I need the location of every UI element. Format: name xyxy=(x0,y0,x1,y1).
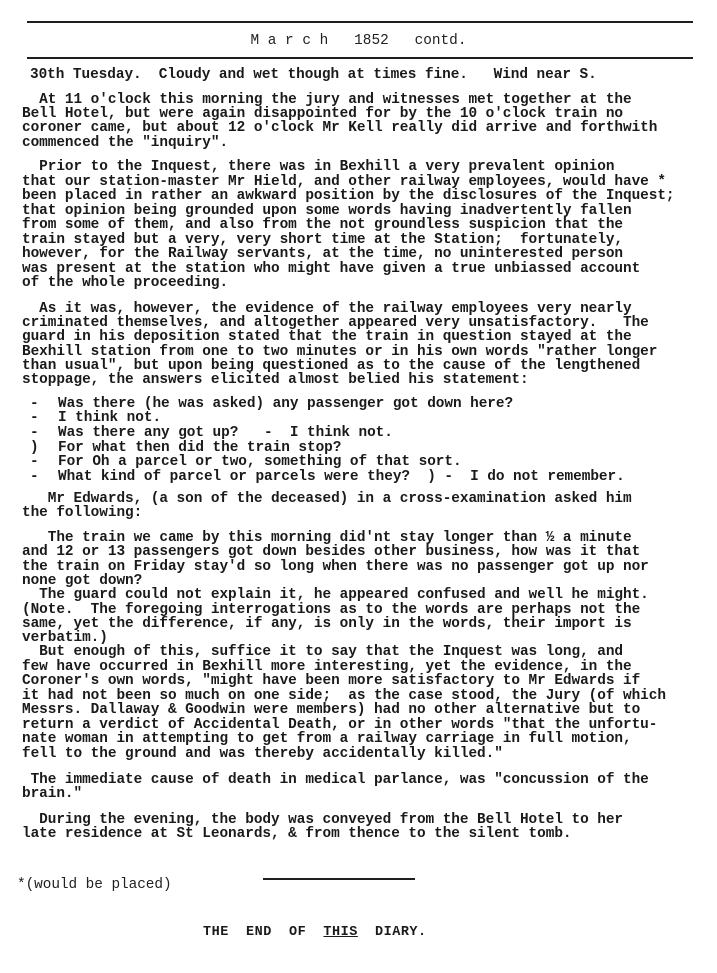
text-line: brain." xyxy=(22,787,82,802)
text-line: commenced the "inquiry". xyxy=(22,136,228,151)
text-line: and 12 or 13 passengers got down besides… xyxy=(22,545,640,560)
list-marker: - xyxy=(30,470,39,485)
text-line: Messrs. Dallaway & Goodwin were members)… xyxy=(22,703,640,718)
list-text: I think not. xyxy=(58,411,161,426)
list-text: For Oh a parcel or two, something of tha… xyxy=(58,455,462,470)
text-line: Prior to the Inquest, there was in Bexhi… xyxy=(22,160,614,175)
text-line: The immediate cause of death in medical … xyxy=(22,773,649,788)
text-line: been placed in rather an awkward positio… xyxy=(22,189,675,204)
list-text: What kind of parcel or parcels were they… xyxy=(58,470,625,485)
footnote: *(would be placed) xyxy=(17,877,172,893)
closing-part-1: THE END OF xyxy=(203,925,323,940)
list-text: Was there any got up? - I think not. xyxy=(58,426,393,441)
section-divider-rule xyxy=(263,878,415,880)
text-line: coroner came, but about 12 o'clock Mr Ke… xyxy=(22,121,657,136)
header-bottom-rule xyxy=(27,57,693,59)
text-line: Coroner's own words, "might have been mo… xyxy=(22,674,640,689)
heading-month: M a r c h xyxy=(251,33,329,49)
header-top-rule xyxy=(27,21,693,23)
text-line: stoppage, the answers elicited almost be… xyxy=(22,373,529,388)
entry-date-line: 30th Tuesday. Cloudy and wet though at t… xyxy=(30,68,597,83)
text-line: same, yet the difference, if any, is onl… xyxy=(22,617,632,632)
text-line: late residence at St Leonards, & from th… xyxy=(22,827,572,842)
closing-emphasis: THIS xyxy=(323,925,357,940)
text-line: from some of them, and also from the not… xyxy=(22,218,623,233)
text-line: fell to the ground and was thereby accid… xyxy=(22,747,503,762)
heading-suffix: contd. xyxy=(415,33,467,49)
page-heading: M a r c h 1852 contd. xyxy=(0,33,717,49)
closing-part-2: DIARY. xyxy=(358,925,427,940)
text-line: guard in his deposition stated that the … xyxy=(22,330,632,345)
list-marker: - xyxy=(30,411,39,426)
text-line: The guard could not explain it, he appea… xyxy=(22,588,649,603)
text-line: But enough of this, suffice it to say th… xyxy=(22,645,623,660)
text-line: however, for the Railway servants, at th… xyxy=(22,247,623,262)
list-marker: - xyxy=(30,455,39,470)
heading-year: 1852 xyxy=(354,33,389,49)
closing-line: THE END OF THIS DIARY. xyxy=(203,925,427,940)
text-line: nate woman in attempting to get from a r… xyxy=(22,732,632,747)
text-line: the following: xyxy=(22,506,142,521)
text-line: of the whole proceeding. xyxy=(22,276,228,291)
list-marker: - xyxy=(30,426,39,441)
